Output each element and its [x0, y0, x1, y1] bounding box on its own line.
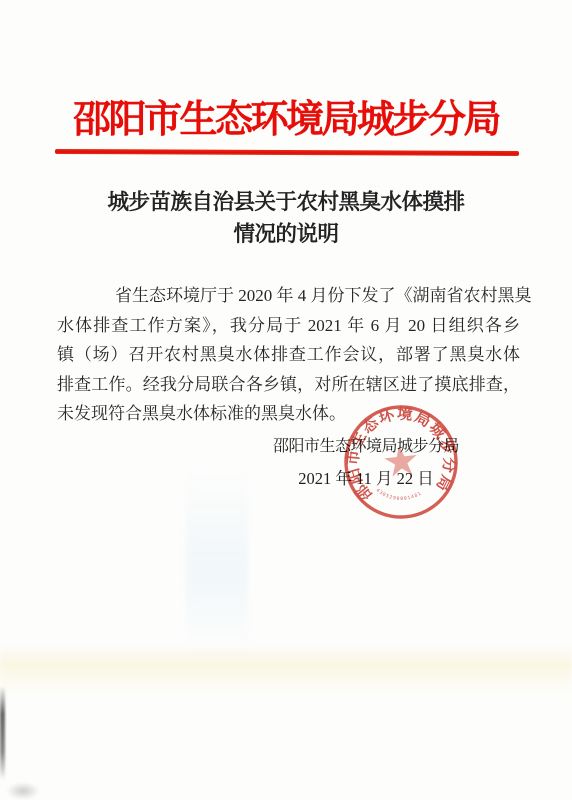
body-line: 镇（场）召开农村黑臭水体排查工作会议，部署了黑臭水体 — [57, 340, 520, 370]
seal-star-icon — [383, 443, 418, 477]
body-line: 水体排查工作方案》，我分局于 2021 年 6 月 20 日组织各乡 — [57, 311, 520, 341]
scan-artifact-band — [186, 470, 248, 650]
official-seal-stamp: 邵阳市生态环境局城步分局 4305290001481 — [333, 394, 469, 530]
document-title-line2: 情况的说明 — [0, 218, 572, 250]
document-title: 城步苗族自治县关于农村黑臭水体摸排 情况的说明 — [0, 186, 572, 250]
scan-artifact-smudge — [0, 686, 5, 780]
scan-artifact-smudge — [6, 782, 40, 800]
red-separator-rule — [55, 149, 519, 156]
agency-header-title: 邵阳市生态环境局城步分局 — [0, 88, 572, 143]
scan-artifact-band — [0, 644, 572, 696]
body-line: 省生态环境厅于 2020 年 4 月份下发了《湖南省农村黑臭 — [57, 281, 520, 311]
seal-code-text: 4305290001481 — [374, 483, 423, 505]
official-seal-svg: 邵阳市生态环境局城步分局 4305290001481 — [333, 394, 469, 530]
document-title-line1: 城步苗族自治县关于农村黑臭水体摸排 — [0, 186, 572, 218]
scanned-document-page: 邵阳市生态环境局城步分局 城步苗族自治县关于农村黑臭水体摸排 情况的说明 省生态… — [0, 0, 572, 800]
